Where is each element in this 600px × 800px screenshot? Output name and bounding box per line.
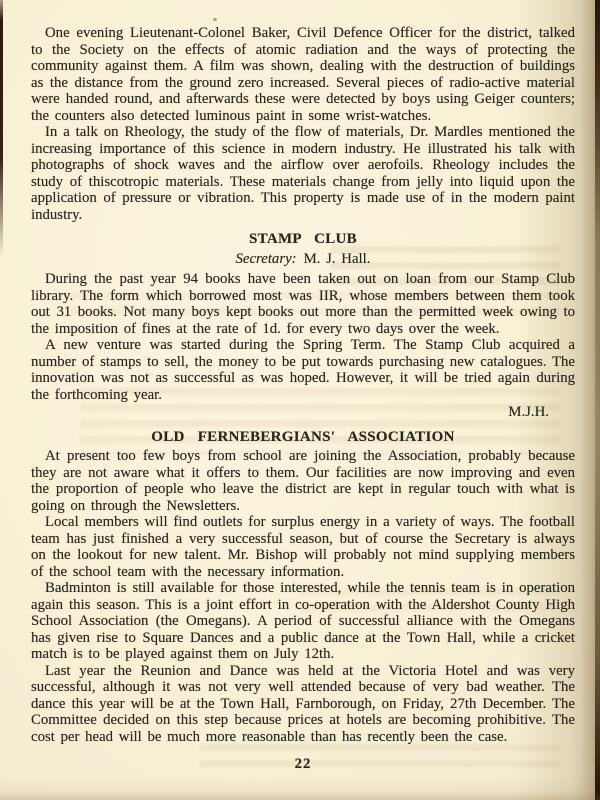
text-block: One evening Lieutenant-Colonel Baker, Ci… xyxy=(31,25,575,773)
scan-edge-right xyxy=(595,0,600,800)
scan-edge-left xyxy=(0,0,3,258)
paragraph-stamp-club-library: During the past year 94 books have been … xyxy=(31,271,575,337)
old-fernebergians-heading: OLD FERNEBERGIANS' ASSOCIATION xyxy=(31,429,575,446)
stamp-club-heading: STAMP CLUB xyxy=(31,231,575,248)
paragraph-stamp-club-new-venture: A new venture was started during the Spr… xyxy=(31,337,575,403)
paragraph-rheology-talk: In a talk on Rheology, the study of the … xyxy=(31,124,575,223)
paragraph-local-members: Local members will find outlets for surp… xyxy=(31,514,575,580)
paragraph-civil-defence-talk: One evening Lieutenant-Colonel Baker, Ci… xyxy=(31,25,575,124)
paragraph-association-joining: At present too few boys from school are … xyxy=(31,448,575,514)
secretary-label: Secretary: xyxy=(236,251,297,267)
scan-shadow-bottom xyxy=(0,791,600,800)
scanned-page: One evening Lieutenant-Colonel Baker, Ci… xyxy=(0,0,600,800)
stamp-club-signature: M.J.H. xyxy=(31,404,575,421)
stamp-club-secretary-line: Secretary:M. J. Hall. xyxy=(31,251,575,268)
secretary-name: M. J. Hall. xyxy=(304,251,371,267)
paragraph-reunion-dance: Last year the Reunion and Dance was held… xyxy=(31,663,575,746)
page-number: 22 xyxy=(31,756,575,773)
scan-speck xyxy=(213,18,217,21)
paragraph-badminton-tennis: Badminton is still available for those i… xyxy=(31,580,575,663)
